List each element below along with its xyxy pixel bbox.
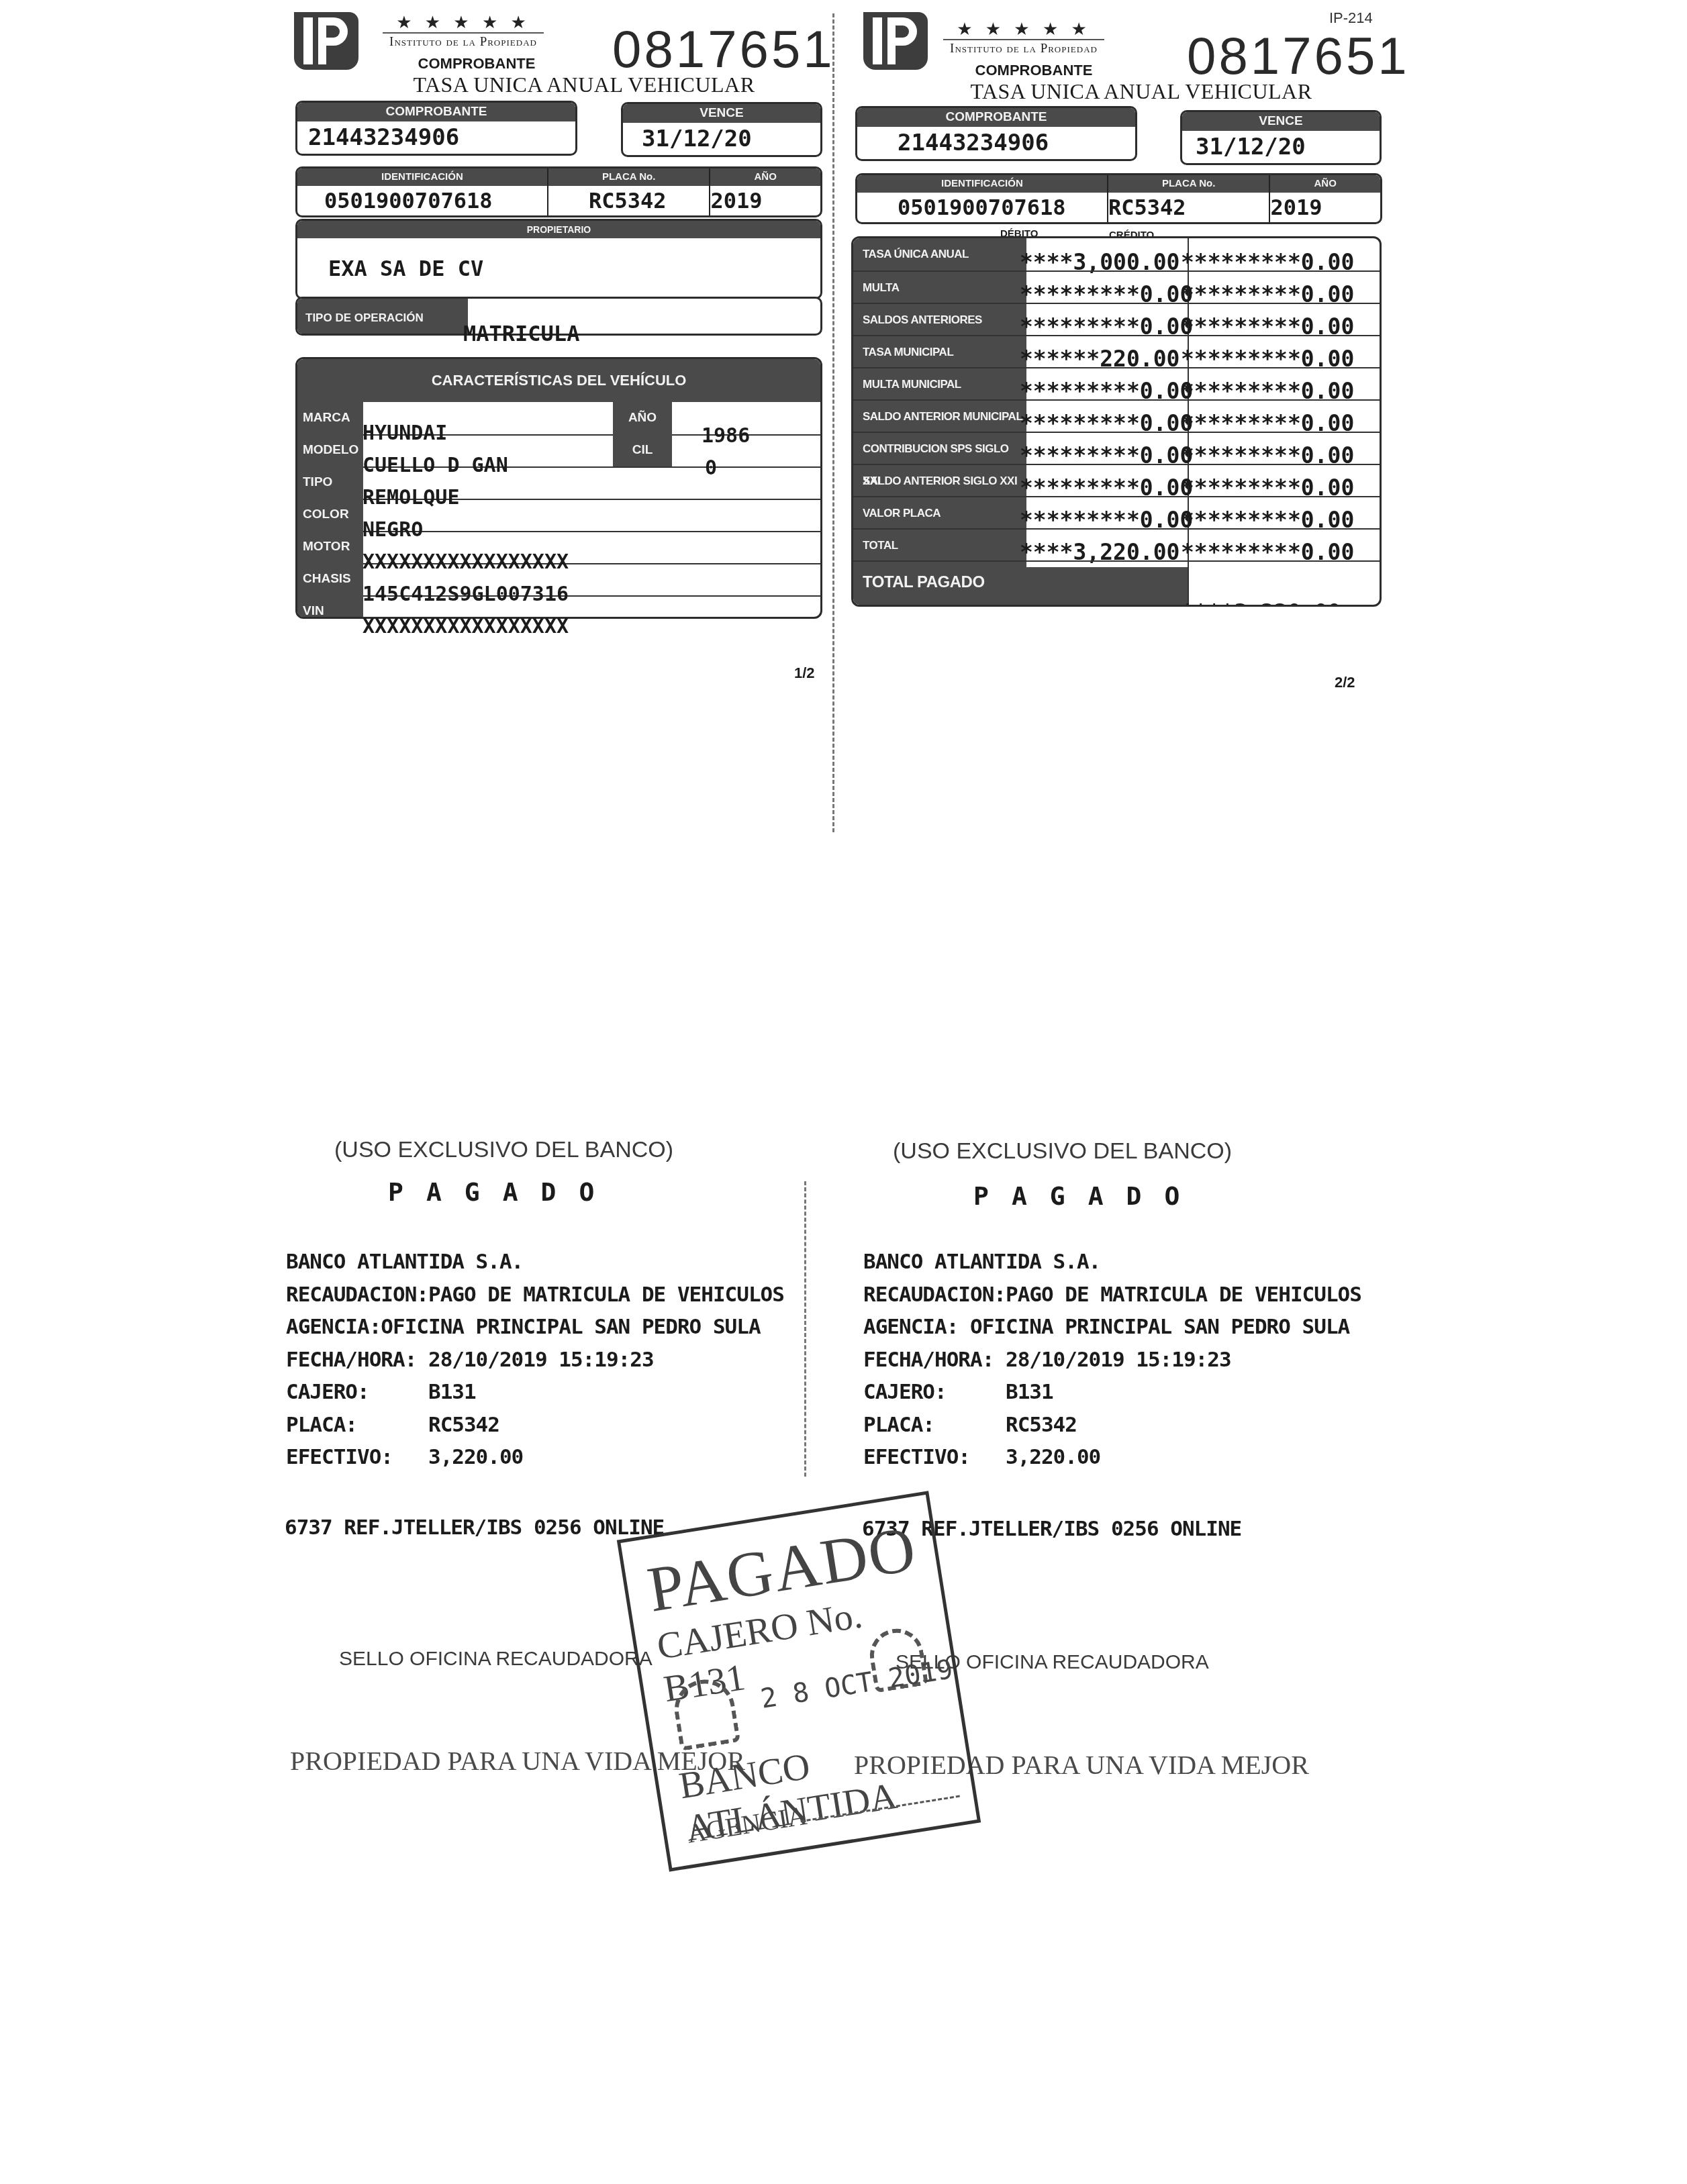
- bank-line: FECHA/HORA: 28/10/2019 15:19:23: [286, 1348, 654, 1372]
- placa-label: PLACA No.: [548, 168, 710, 186]
- placa-label: PLACA No.: [1108, 175, 1270, 193]
- tipo-label: TIPO: [297, 466, 363, 499]
- bank-line: AGENCIA: OFICINA PRINCIPAL SAN PEDRO SUL…: [863, 1315, 1349, 1339]
- bank-line: AGENCIA:OFICINA PRINCIPAL SAN PEDRO SULA: [286, 1315, 761, 1339]
- ip-logo-icon: [294, 12, 358, 70]
- cil-value: 0: [705, 456, 717, 480]
- comprobante-label: COMPROBANTE: [297, 103, 575, 121]
- identification-box: IDENTIFICACIÓN PLACA No. AÑO 05019007076…: [855, 173, 1382, 224]
- tear-line-top: [832, 13, 834, 832]
- anio-value: 2019: [710, 186, 820, 215]
- vin-label: VIN: [297, 595, 363, 619]
- propietario-label: PROPIETARIO: [297, 221, 820, 238]
- identificacion-label: IDENTIFICACIÓN: [297, 168, 548, 186]
- bank-line: CAJERO: B131: [863, 1380, 1053, 1404]
- page-number-2: 2/2: [1335, 674, 1355, 691]
- uso-exclusivo-heading: (USO EXCLUSIVO DEL BANCO): [893, 1138, 1232, 1164]
- bank-line: PLACA: RC5342: [863, 1413, 1077, 1437]
- heading-tasa: TASA UNICA ANUAL VEHICULAR: [933, 79, 1349, 104]
- charge-label: TASA ÚNICA ANUAL: [853, 238, 1026, 270]
- vin-value: XXXXXXXXXXXXXXXXX: [363, 615, 569, 638]
- charge-label: SALDO ANTERIOR SIGLO XXI: [853, 465, 1026, 497]
- comprobante-value: 21443234906: [857, 127, 1135, 159]
- comprobante-box: COMPROBANTE 21443234906: [295, 101, 577, 156]
- charge-label: CONTRIBUCION SPS SIGLO XXI: [853, 433, 1026, 465]
- charges-table: TASA ÚNICA ANUAL****3,000.00*********0.0…: [851, 236, 1382, 607]
- modelo-value: CUELLO D GAN: [363, 454, 508, 477]
- bank-line: BANCO ATLANTIDA S.A.: [286, 1250, 523, 1274]
- charge-label: MULTA MUNICIPAL: [853, 368, 1026, 401]
- heading-comprobante: COMPROBANTE: [376, 55, 577, 72]
- identificacion-value: 0501900707618: [297, 186, 548, 215]
- pagado-label: PAGADO: [973, 1181, 1202, 1211]
- serial-number: 0817651: [612, 19, 835, 80]
- serial-number: 0817651: [1187, 26, 1410, 87]
- color-label: COLOR: [297, 499, 363, 531]
- bank-line: PLACA: RC5342: [286, 1413, 499, 1437]
- bank-line: EFECTIVO: 3,220.00: [863, 1445, 1100, 1469]
- marca-value: HYUNDAI: [363, 421, 447, 445]
- uso-exclusivo-heading: (USO EXCLUSIVO DEL BANCO): [334, 1137, 673, 1163]
- stars-icon: ★ ★ ★ ★ ★: [383, 13, 544, 31]
- vehicle-title: CARACTERÍSTICAS DEL VEHÍCULO: [297, 359, 820, 402]
- chasis-value: 145C412S9GL007316: [363, 583, 569, 606]
- bank-reference: 6737 REF.JTELLER/IBS 0256 ONLINE: [285, 1516, 664, 1540]
- comprobante-value: 21443234906: [297, 121, 575, 154]
- marca-label: MARCA: [297, 402, 363, 434]
- charge-label: TOTAL PAGADO: [853, 562, 1026, 603]
- charge-row: TOTAL PAGADO: [853, 560, 1380, 593]
- charge-label: MULTA: [853, 272, 1026, 304]
- comprobante-box: COMPROBANTE 21443234906: [855, 106, 1137, 161]
- motor-value: XXXXXXXXXXXXXXXXX: [363, 550, 569, 574]
- charge-label: TOTAL: [853, 530, 1026, 562]
- institution-header: ★ ★ ★ ★ ★ Instituto de la Propiedad: [943, 20, 1104, 56]
- identificacion-label: IDENTIFICACIÓN: [857, 175, 1108, 193]
- color-value: NEGRO: [363, 518, 423, 542]
- charge-label: SALDO ANTERIOR MUNICIPAL: [853, 401, 1026, 433]
- tipo-operacion-value: MATRICULA: [463, 321, 579, 346]
- ip-logo-icon: [863, 12, 928, 70]
- form-code: IP-214: [1329, 9, 1373, 27]
- veh-anio-value: 1986: [702, 424, 750, 448]
- heading-comprobante: COMPROBANTE: [933, 62, 1135, 79]
- charge-label: SALDOS ANTERIORES: [853, 304, 1026, 336]
- bank-line: RECAUDACION:PAGO DE MATRICULA DE VEHICUL…: [286, 1283, 784, 1307]
- bank-line: EFECTIVO: 3,220.00: [286, 1445, 523, 1469]
- page-number-1: 1/2: [794, 664, 815, 682]
- paid-stamp: PAGADO CAJERO No. B131 2 8 OCT 2019 BANC…: [617, 1491, 981, 1871]
- credito-value: ****3,220.00: [1181, 599, 1341, 607]
- propietario-value: EXA SA DE CV: [297, 238, 820, 299]
- sello-label: SELLO OFICINA RECAUDADORA: [339, 1648, 653, 1671]
- pagado-label: PAGADO: [388, 1177, 617, 1207]
- vence-label: VENCE: [623, 104, 820, 123]
- cil-label: CIL: [613, 434, 672, 466]
- vence-value: 31/12/20: [623, 123, 820, 155]
- comprobante-label: COMPROBANTE: [857, 108, 1135, 127]
- tear-line-bottom: [804, 1181, 806, 1477]
- placa-value: RC5342: [548, 186, 710, 215]
- bank-line: BANCO ATLANTIDA S.A.: [863, 1250, 1100, 1274]
- vence-value: 31/12/20: [1182, 131, 1380, 163]
- bank-line: CAJERO: B131: [286, 1380, 476, 1404]
- anio-label: AÑO: [1270, 175, 1380, 193]
- chasis-label: CHASIS: [297, 563, 363, 595]
- anio-label: AÑO: [710, 168, 820, 186]
- identification-box: IDENTIFICACIÓN PLACA No. AÑO 05019007076…: [295, 166, 822, 217]
- bank-line: RECAUDACION:PAGO DE MATRICULA DE VEHICUL…: [863, 1283, 1361, 1307]
- institution-name: Instituto de la Propiedad: [383, 35, 544, 50]
- propietario-box: PROPIETARIO EXA SA DE CV: [295, 219, 822, 299]
- placa-value: RC5342: [1108, 193, 1270, 222]
- motor-label: MOTOR: [297, 531, 363, 563]
- vence-label: VENCE: [1182, 112, 1380, 131]
- heading-tasa: TASA UNICA ANUAL VEHICULAR: [376, 72, 792, 97]
- tipo-value: REMOLQUE: [363, 486, 460, 509]
- institution-name: Instituto de la Propiedad: [943, 42, 1104, 56]
- vence-box: VENCE 31/12/20: [1180, 110, 1382, 165]
- vence-box: VENCE 31/12/20: [621, 102, 822, 157]
- bank-line: FECHA/HORA: 28/10/2019 15:19:23: [863, 1348, 1231, 1372]
- tipo-operacion-label: TIPO DE OPERACIÓN: [297, 299, 468, 334]
- institution-header: ★ ★ ★ ★ ★ Instituto de la Propiedad: [383, 13, 544, 50]
- anio-value: 2019: [1270, 193, 1380, 222]
- charge-label: VALOR PLACA: [853, 497, 1026, 530]
- stars-icon: ★ ★ ★ ★ ★: [943, 20, 1104, 38]
- identificacion-value: 0501900707618: [857, 193, 1108, 222]
- modelo-label: MODELO: [297, 434, 363, 466]
- charge-label: TASA MUNICIPAL: [853, 336, 1026, 368]
- veh-anio-label: AÑO: [613, 402, 672, 434]
